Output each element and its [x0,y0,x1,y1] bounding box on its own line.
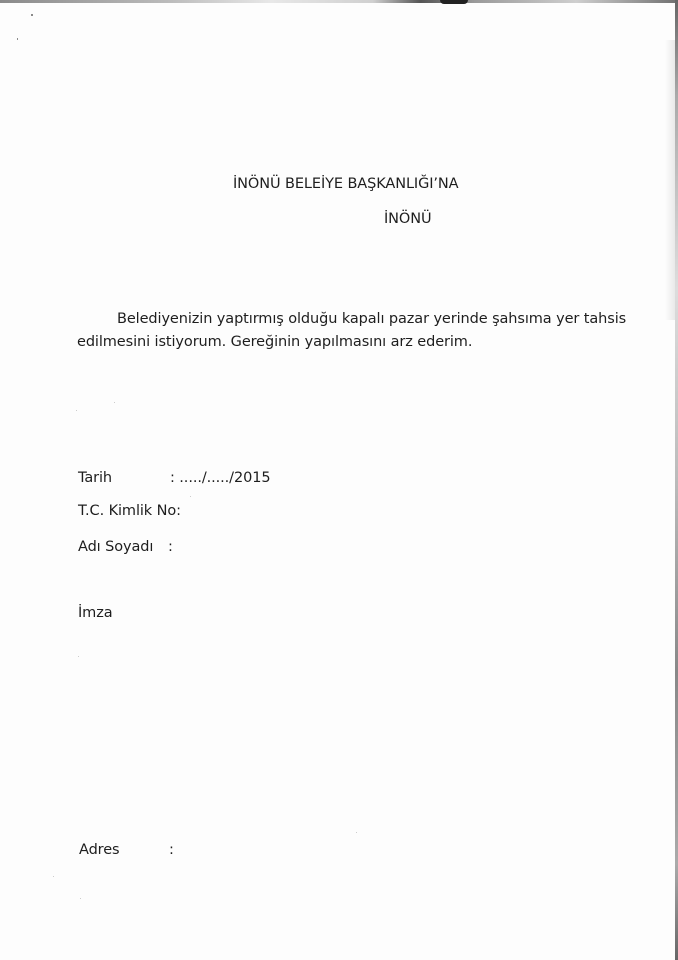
address-colon: : [169,841,174,859]
scan-shadow [665,40,675,320]
petition-body-line-1: Belediyenizin yaptırmış olduğu kapalı pa… [117,310,626,328]
scan-speck [356,832,357,833]
full-name-colon: : [168,538,173,556]
id-number-label: T.C. Kimlik No: [78,502,181,520]
signature-label: İmza [78,604,113,622]
full-name-label: Adı Soyadı [78,538,153,556]
scan-speck [190,496,191,497]
addressee-location: İNÖNÜ [384,210,432,228]
addressee-title: İNÖNÜ BELEİYE BAŞKANLIĞI’NA [233,175,459,193]
scan-speck [80,898,81,899]
scan-speck [76,410,77,411]
scan-edge-top [0,0,678,3]
petition-body-line-2: edilmesini istiyorum. Gereğinin yapılmas… [77,333,472,351]
address-label: Adres [79,841,120,859]
date-label: Tarih [78,469,112,487]
scan-speck [17,38,18,40]
scan-speck [114,402,115,403]
scan-speck [78,656,79,657]
scanned-petition-page: İNÖNÜ BELEİYE BAŞKANLIĞI’NA İNÖNÜ Beledi… [0,0,678,960]
date-value: : ...../...../2015 [170,469,270,487]
scan-artifact [440,0,468,4]
scan-speck [53,876,54,877]
scan-speck [31,14,33,16]
